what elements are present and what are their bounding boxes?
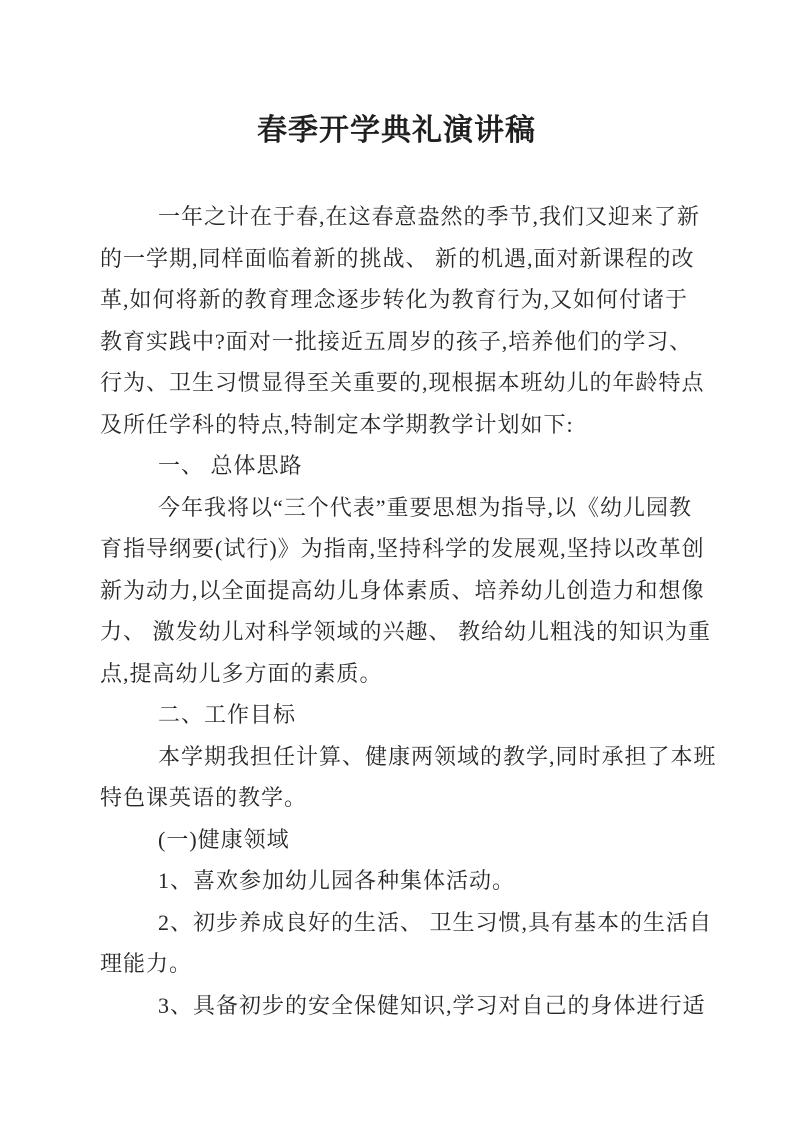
text-line: 点,提高幼儿多方面的素质。 <box>100 653 678 695</box>
document-page: 春季开学典礼演讲稿 一年之计在于春,在这春意盎然的季节,我们又迎来了新 的一学期… <box>0 0 793 1122</box>
text-line: 行为、卫生习惯显得至关重要的,现根据本班幼儿的年龄特点 <box>100 362 678 404</box>
text-line: 今年我将以“三个代表”重要思想为指导,以《幼儿园教 <box>100 487 678 529</box>
text-line: 特色课英语的教学。 <box>100 777 678 819</box>
text-line: 革,如何将新的教育理念逐步转化为教育行为,又如何付诸于 <box>100 279 678 321</box>
text-line: 的一学期,同样面临着新的挑战、 新的机遇,面对新课程的改 <box>100 238 678 280</box>
text-line: 一、 总体思路 <box>100 445 678 487</box>
text-line: 1、喜欢参加幼儿园各种集体活动。 <box>100 860 678 902</box>
text-line: (一)健康领域 <box>100 819 678 861</box>
text-line: 新为动力,以全面提高幼儿身体素质、培养幼儿创造力和想像 <box>100 570 678 612</box>
text-line: 理能力。 <box>100 943 678 985</box>
text-line: 教育实践中?面对一批接近五周岁的孩子,培养他们的学习、 <box>100 321 678 363</box>
text-line: 育指导纲要(试行)》为指南,坚持科学的发展观,坚持以改革创 <box>100 528 678 570</box>
document-title: 春季开学典礼演讲稿 <box>0 112 793 150</box>
text-line: 3、具备初步的安全保健知识,学习对自己的身体进行适 <box>100 985 678 1027</box>
text-line: 一年之计在于春,在这春意盎然的季节,我们又迎来了新 <box>100 196 678 238</box>
text-line: 本学期我担任计算、健康两领域的教学,同时承担了本班 <box>100 736 678 778</box>
text-line: 及所任学科的特点,特制定本学期教学计划如下: <box>100 404 678 446</box>
text-line: 力、 激发幼儿对科学领域的兴趣、 教给幼儿粗浅的知识为重 <box>100 611 678 653</box>
document-body: 一年之计在于春,在这春意盎然的季节,我们又迎来了新 的一学期,同样面临着新的挑战… <box>100 196 678 1026</box>
text-line: 2、初步养成良好的生活、 卫生习惯,具有基本的生活自 <box>100 902 678 944</box>
text-line: 二、工作目标 <box>100 694 678 736</box>
